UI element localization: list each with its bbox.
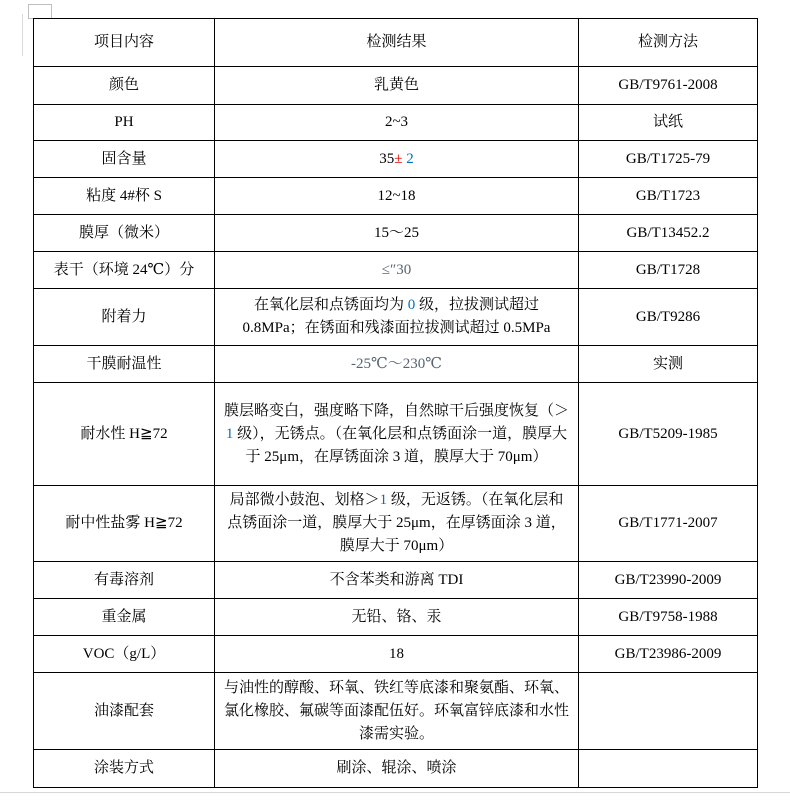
table-row: 涂装方式刷涂、辊涂、喷涂 (34, 750, 758, 788)
cell-result: -25℃～230℃ (215, 346, 579, 383)
result-segment: 15～25 (374, 225, 419, 241)
table-row: 油漆配套与油性的醇酸、环氧、铁红等底漆和聚氨酯、环氧、氯化橡胶、氟碳等面漆配伍好… (34, 673, 758, 750)
header-cell: 项目内容 (34, 19, 215, 67)
cell-item: 耐中性盐雾 H≧72 (34, 486, 215, 562)
cell-item: 重金属 (34, 599, 215, 636)
result-segment: 在氧化层和点锈面均为 (254, 297, 408, 313)
result-segment: 乳黄色 (374, 77, 419, 93)
result-segment: 不含苯类和游离 TDI (330, 572, 464, 588)
result-segment: 刷涂、辊涂、喷涂 (336, 760, 456, 776)
cell-method: GB/T13452.2 (579, 215, 758, 252)
cell-result: ≤″30 (215, 252, 579, 289)
header-cell: 检测方法 (579, 19, 758, 67)
cell-item: 附着力 (34, 289, 215, 346)
page-bottom-edge (0, 792, 790, 793)
cell-item: 颜色 (34, 67, 215, 105)
cell-result: 15～25 (215, 215, 579, 252)
result-segment: 1 (380, 492, 388, 508)
cell-result: 局部微小鼓泡、划格＞1 级，无返锈。（在氧化层和点锈面涂一道，膜厚大于 25μm… (215, 486, 579, 562)
result-segment: 局部微小鼓泡、划格＞ (230, 492, 380, 508)
cell-method: 实测 (579, 346, 758, 383)
cell-result: 在氧化层和点锈面均为 0 级，拉拔测试超过 0.8MPa；在锈面和残漆面拉拔测试… (215, 289, 579, 346)
result-segment: 级），无锈点。（在氧化层和点锈面涂一道，膜厚大于 25μm，在厚锈面涂 3 道，… (233, 426, 567, 465)
table-corner-handle (28, 4, 52, 19)
cell-item: 油漆配套 (34, 673, 215, 750)
cell-item: 有毒溶剂 (34, 562, 215, 599)
cell-item: 表干（环境 24℃）分 (34, 252, 215, 289)
cell-method (579, 673, 758, 750)
result-segment: ≤″30 (382, 262, 411, 278)
cell-method: GB/T1725-79 (579, 141, 758, 178)
cell-result: 无铅、铬、汞 (215, 599, 579, 636)
cell-method: GB/T9758-1988 (579, 599, 758, 636)
cell-result: 乳黄色 (215, 67, 579, 105)
table-row: PH2~3试纸 (34, 105, 758, 141)
table-row: 粘度 4#杯 S12~18GB/T1723 (34, 178, 758, 215)
cell-result: 35± 2 (215, 141, 579, 178)
table-row: 附着力在氧化层和点锈面均为 0 级，拉拔测试超过 0.8MPa；在锈面和残漆面拉… (34, 289, 758, 346)
header-cell: 检测结果 (215, 19, 579, 67)
result-segment: 与油性的醇酸、环氧、铁红等底漆和聚氨酯、环氧、氯化橡胶、氟碳等面漆配伍好。环氧富… (224, 680, 569, 742)
cell-method (579, 750, 758, 788)
cell-result: 刷涂、辊涂、喷涂 (215, 750, 579, 788)
table-row: 耐中性盐雾 H≧72局部微小鼓泡、划格＞1 级，无返锈。（在氧化层和点锈面涂一道… (34, 486, 758, 562)
table-row: 耐水性 H≧72膜层略变白，强度略下降，自然晾干后强度恢复（＞1 级），无锈点。… (34, 383, 758, 486)
table-row: VOC（g/L）18GB/T23986-2009 (34, 636, 758, 673)
cell-item: 粘度 4#杯 S (34, 178, 215, 215)
cell-result: 18 (215, 636, 579, 673)
result-segment: 无铅、铬、汞 (351, 609, 441, 625)
table-row: 干膜耐温性-25℃～230℃实测 (34, 346, 758, 383)
table-row: 固含量35± 2GB/T1725-79 (34, 141, 758, 178)
result-segment: 2~3 (385, 114, 408, 130)
spec-table: 项目内容检测结果检测方法颜色乳黄色GB/T9761-2008PH2~3试纸固含量… (33, 18, 758, 788)
document-page: 项目内容检测结果检测方法颜色乳黄色GB/T9761-2008PH2~3试纸固含量… (0, 0, 790, 800)
cell-item: 膜厚（微米） (34, 215, 215, 252)
cell-item: VOC（g/L） (34, 636, 215, 673)
cell-result: 不含苯类和游离 TDI (215, 562, 579, 599)
result-segment: 18 (389, 646, 404, 662)
table-row: 膜厚（微米）15～25GB/T13452.2 (34, 215, 758, 252)
cell-item: 耐水性 H≧72 (34, 383, 215, 486)
cell-result: 与油性的醇酸、环氧、铁红等底漆和聚氨酯、环氧、氯化橡胶、氟碳等面漆配伍好。环氧富… (215, 673, 579, 750)
result-segment: 12~18 (377, 188, 415, 204)
table-row: 颜色乳黄色GB/T9761-2008 (34, 67, 758, 105)
cell-method: GB/T1728 (579, 252, 758, 289)
table-row: 表干（环境 24℃）分≤″30GB/T1728 (34, 252, 758, 289)
cell-method: GB/T1723 (579, 178, 758, 215)
cell-item: PH (34, 105, 215, 141)
table-row: 有毒溶剂不含苯类和游离 TDIGB/T23990-2009 (34, 562, 758, 599)
cell-method: GB/T23990-2009 (579, 562, 758, 599)
cell-result: 2~3 (215, 105, 579, 141)
cell-item: 涂装方式 (34, 750, 215, 788)
cell-method: GB/T9286 (579, 289, 758, 346)
result-segment: 35 (379, 151, 394, 167)
cell-method: GB/T23986-2009 (579, 636, 758, 673)
cell-method: GB/T1771-2007 (579, 486, 758, 562)
cell-item: 干膜耐温性 (34, 346, 215, 383)
spec-table-body: 项目内容检测结果检测方法颜色乳黄色GB/T9761-2008PH2~3试纸固含量… (34, 19, 758, 788)
table-row: 重金属无铅、铬、汞GB/T9758-1988 (34, 599, 758, 636)
cell-item: 固含量 (34, 141, 215, 178)
result-segment: 膜层略变白，强度略下降，自然晾干后强度恢复（＞ (224, 403, 569, 419)
cell-method: GB/T5209-1985 (579, 383, 758, 486)
cell-method: 试纸 (579, 105, 758, 141)
result-segment: 2 (402, 151, 413, 167)
cell-result: 膜层略变白，强度略下降，自然晾干后强度恢复（＞1 级），无锈点。（在氧化层和点锈… (215, 383, 579, 486)
table-header-row: 项目内容检测结果检测方法 (34, 19, 758, 67)
cell-method: GB/T9761-2008 (579, 67, 758, 105)
cell-result: 12~18 (215, 178, 579, 215)
result-segment: -25℃～230℃ (351, 356, 442, 372)
